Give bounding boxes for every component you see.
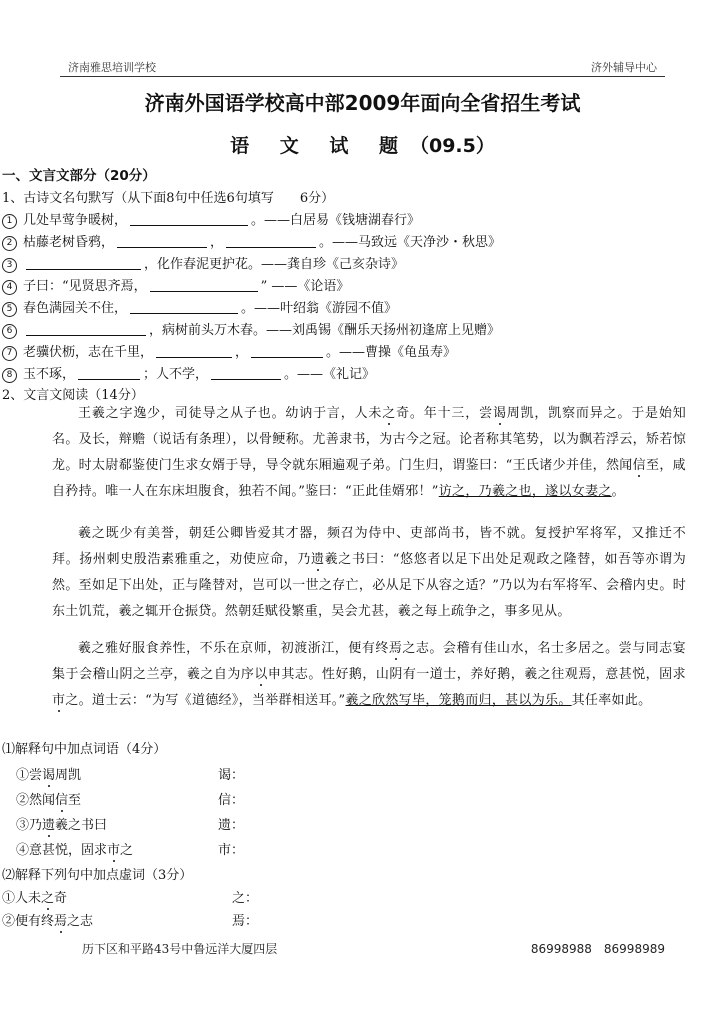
recite-item-5: 5春色满园关不住，。——叶绍翁《游园不值》 [2,297,397,317]
passage-text: 。 [612,484,625,499]
item-text: 至 [68,793,81,808]
underlined-sentence: 羲之欣然写毕，笼鹅而归，甚以为乐。 [346,693,572,708]
dotted-word: 谒 [493,406,507,421]
passage-text: 奇。年十三，尝 [396,406,493,421]
passage-paragraph-1: 王羲之字逸少，司徒导之从子也。幼讷于言，人未之奇。年十三，尝谒周凯，凯察而异之。… [52,401,686,505]
exam-title: 济南外国语学校高中部2009年面向全省招生考试 [0,87,725,116]
item-text: 羲之书曰 [55,818,107,833]
dotted-word: 遗 [42,818,55,833]
item-source: 。——马致远《天净沙・秋思》 [319,235,501,250]
sub2-answer-2[interactable]: 焉： [232,910,258,929]
answer-blank[interactable] [251,345,323,358]
item-number: ① [2,891,15,906]
item-text: 几处早莺争暖树， [23,213,127,228]
item-text: 便有终 [15,914,54,929]
circled-number: 7 [2,346,17,361]
item-source: 。——曹操《龟虽寿》 [326,345,456,360]
item-number: ③ [16,818,29,833]
item-number: ④ [16,843,29,858]
question-1-label: 1、古诗文名句默写（从下面8句中任选6句填写 6分） [2,187,334,206]
item-text: 人未 [15,891,41,906]
dotted-word: 之 [41,891,54,906]
sub1-item-3: ③乃遗羲之书曰 [16,814,107,833]
item-number: ① [16,768,29,783]
subject-title: 语 文 试 题 [230,135,410,157]
dotted-word: 谒 [42,768,55,783]
answer-blank[interactable] [211,367,281,380]
item-text: ；人不学， [143,367,208,382]
dotted-word: 信 [55,793,68,808]
passage-text: 申其志。性好鹅，山阴有一道士，养好鹅，羲之往观焉，意甚悦，固求 [268,667,686,682]
recite-item-3: 3，化作春泥更护花。——龚自珍《己亥杂诗》 [2,253,404,273]
header-center: 济外辅导中心 [591,59,657,75]
sub1-item-4: ④意甚悦，固求市之 [16,839,133,858]
item-source: 。——叶绍翁《游园不值》 [241,301,397,316]
answer-blank[interactable] [78,367,140,380]
subquestion-2-label: ⑵解释下列句中加点虚词（3分） [2,864,192,883]
page-header: 济南雅思培训学校 济外辅导中心 [60,58,665,77]
passage-paragraph-3: 羲之雅好服食养性，不乐在京师，初渡浙江，便有终焉之志。会稽有佳山水，名士多居之。… [52,636,686,714]
answer-blank[interactable] [156,345,232,358]
item-text: 之 [120,843,133,858]
recite-item-2: 2枯藤老树昏鸦，，。——马致远《天净沙・秋思》 [2,231,501,251]
passage-text: 羲之雅好服食养性，不乐在京师，初渡浙江，便有终 [78,641,389,656]
circled-number: 6 [2,324,17,339]
item-text: 之志 [67,914,93,929]
item-source: 。——白居易《钱塘湖春行》 [251,213,420,228]
circled-number: 4 [2,280,17,295]
item-text: 春色满园关不住， [23,301,127,316]
sub2-item-2: ②便有终焉之志 [2,910,93,929]
answer-blank[interactable] [26,323,146,336]
item-source: ” ——《论语》 [261,279,350,294]
circled-number: 8 [2,368,17,383]
sub1-answer-2[interactable]: 信： [218,789,244,808]
answer-blank[interactable] [26,257,141,270]
dotted-word: 焉 [389,641,403,656]
answer-blank[interactable] [226,235,316,248]
recite-item-8: 8玉不琢，；人不学，。——《礼记》 [2,363,375,383]
dotted-word: 市 [52,693,65,708]
dotted-word: 市 [107,843,120,858]
passage-paragraph-2: 羲之既少有美誉，朝廷公卿皆爱其才器，频召为侍中、吏部尚书，皆不就。复授护军将军，… [52,521,686,625]
recite-item-6: 6，病树前头万木春。——刘禹锡《酬乐天扬州初逢席上见赠》 [2,319,500,339]
item-text: 子曰：“见贤思齐焉， [23,279,147,294]
answer-blank[interactable] [130,301,238,314]
sub1-item-2: ②然闻信至 [16,789,81,808]
dotted-word: 信 [633,458,646,473]
answer-blank[interactable] [150,279,258,292]
item-source: ，化作春泥更护花。——龚自珍《己亥杂诗》 [144,257,404,272]
passage-text: 王羲之字逸少，司徒导之从子也。幼讷于言，人未 [78,406,382,421]
sub2-answer-1[interactable]: 之： [232,887,258,906]
header-school: 济南雅思培训学校 [68,59,156,75]
section-heading: 一、文言文部分（20分） [2,164,156,184]
dotted-word: 焉 [54,914,67,929]
passage-text: 其任率如此。 [572,693,652,708]
item-text: 枯藤老树昏鸦， [23,235,114,250]
sub2-item-1: ①人未之奇 [2,887,67,906]
circled-number: 2 [2,236,17,251]
sub1-answer-1[interactable]: 谒： [218,764,244,783]
item-number: ② [16,793,29,808]
item-number: ② [2,914,15,929]
circled-number: 5 [2,302,17,317]
circled-number: 1 [2,214,17,229]
item-text: 老骥伏枥，志在千里， [23,345,153,360]
subquestion-1-label: ⑴解释句中加点词语（4分） [2,738,166,757]
footer-address: 历下区和平路43号中鲁远洋大厦四层 [82,942,277,956]
recite-item-7: 7老骥伏枥，志在千里，，。——曹操《龟虽寿》 [2,341,456,361]
dotted-word: 以 [254,667,268,682]
circled-number: 3 [2,258,17,273]
item-text: 奇 [54,891,67,906]
recite-item-1: 1几处早莺争暖树，。——白居易《钱塘湖春行》 [2,209,420,229]
exam-subtitle: 语 文 试 题（09.5） [0,131,725,158]
item-text: 玉不琢， [23,367,75,382]
exam-code: （09.5） [410,135,495,157]
dotted-word: 之 [382,406,396,421]
answer-blank[interactable] [130,213,248,226]
sub1-answer-4[interactable]: 市： [218,839,244,858]
item-text: 尝 [29,768,42,783]
dotted-word: 遗 [311,552,325,567]
answer-blank[interactable] [117,235,207,248]
item-text: 周凯 [55,768,81,783]
item-text: 意甚悦，固求 [29,843,107,858]
passage-text: 之。道士云：“为写《道德经》，当举群相送耳。” [65,693,345,708]
item-text: ， [235,345,248,360]
item-text: 然闻 [29,793,55,808]
sub1-answer-3[interactable]: 遗： [218,814,244,833]
item-text: ， [210,235,223,250]
item-text: 乃 [29,818,42,833]
item-source: ，病树前头万木春。——刘禹锡《酬乐天扬州初逢席上见赠》 [149,323,500,338]
footer-phones: 86998988 86998989 [531,940,665,957]
recite-item-4: 4子曰：“见贤思齐焉，” ——《论语》 [2,275,349,295]
sub1-item-1: ①尝谒周凯 [16,764,81,783]
item-source: 。——《礼记》 [284,367,375,382]
underlined-sentence: 访之，乃羲之也，遂以女妻之 [439,484,612,499]
page-footer: 历下区和平路43号中鲁远洋大厦四层 86998988 86998989 [82,940,665,957]
